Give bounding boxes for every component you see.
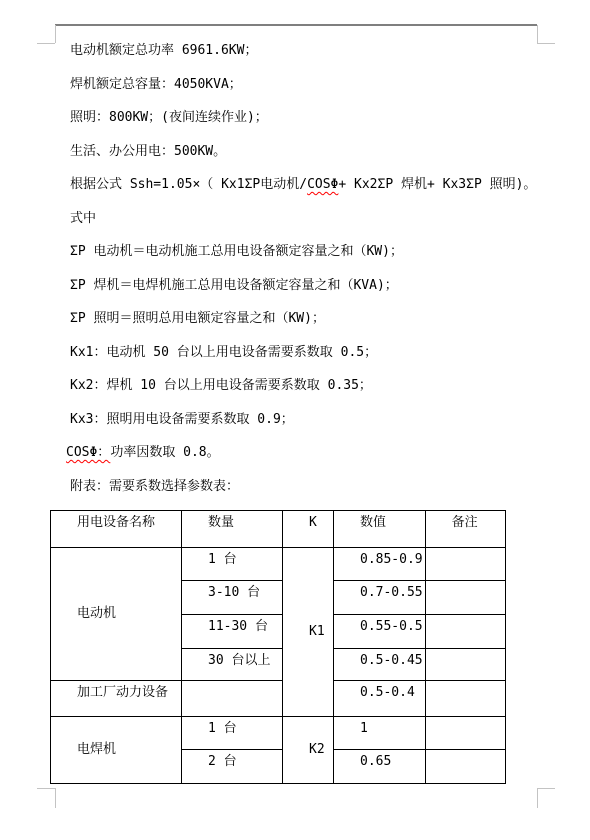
device-name-cell: 电焊机 bbox=[51, 717, 182, 784]
value-cell: 0.7-0.55 bbox=[334, 581, 426, 615]
quantity-cell: 11-30 台 bbox=[182, 615, 283, 649]
paragraph-sigma-motor: ΣP 电动机＝电动机施工总用电设备额定容量之和（KW)； bbox=[70, 235, 570, 269]
paragraph-lighting: 照明：800KW；(夜间连续作业)； bbox=[70, 101, 570, 135]
value-cell: 0.65 bbox=[334, 750, 426, 784]
crop-mark-bottom-right-icon bbox=[537, 788, 538, 808]
value-cell: 1 bbox=[334, 717, 426, 750]
value-cell: 0.5-0.4 bbox=[334, 681, 426, 717]
formula-pre-text: 根据公式 Ssh=1.05×（ Kx1ΣP电动机/ bbox=[70, 177, 307, 192]
paragraph-welder-total-capacity: 焊机额定总容量：4050KVA； bbox=[70, 68, 570, 102]
k-cell: K2 bbox=[283, 717, 334, 784]
value-cell: 0.55-0.5 bbox=[334, 615, 426, 649]
crop-mark-bottom-left-icon bbox=[37, 788, 55, 789]
note-cell bbox=[425, 750, 505, 784]
crop-mark-top-left-icon bbox=[55, 25, 56, 43]
value-cell: 0.5-0.45 bbox=[334, 649, 426, 681]
paragraph-motor-total-power: 电动机额定总功率 6961.6KW； bbox=[70, 34, 570, 68]
paragraph-sigma-welder: ΣP 焊机＝电焊机施工总用电设备额定容量之和（KVA)； bbox=[70, 269, 570, 303]
crop-mark-bottom-right-icon bbox=[537, 788, 555, 789]
column-header-quantity: 数量 bbox=[182, 511, 283, 548]
paragraph-kx2: Kx2：焊机 10 台以上用电设备需要系数取 0.35； bbox=[70, 369, 570, 403]
paragraph-sigma-lighting: ΣP 照明＝照明总用电额定容量之和（KW)； bbox=[70, 302, 570, 336]
paragraph-kx1: Kx1：电动机 50 台以上用电设备需要系数取 0.5； bbox=[70, 336, 570, 370]
crop-mark-top-left-icon bbox=[37, 43, 55, 44]
column-header-note: 备注 bbox=[425, 511, 505, 548]
column-header-k: K bbox=[283, 511, 334, 548]
paragraph-cos-phi: COSΦ：功率因数取 0.8。 bbox=[66, 436, 570, 470]
device-name-cell: 电动机 bbox=[51, 548, 182, 681]
cos-phi-term: COSΦ： bbox=[66, 445, 110, 460]
quantity-cell: 30 台以上 bbox=[182, 649, 283, 681]
column-header-value: 数值 bbox=[334, 511, 426, 548]
device-name-cell: 加工厂动力设备 bbox=[51, 681, 182, 717]
quantity-cell: 1 台 bbox=[182, 548, 283, 581]
paragraph-formula-where: 式中 bbox=[70, 202, 570, 236]
document-body: 电动机额定总功率 6961.6KW； 焊机额定总容量：4050KVA； 照明：8… bbox=[70, 34, 570, 503]
cos-phi-post-text: 功率因数取 0.8。 bbox=[110, 445, 219, 460]
table-row: 电动机 1 台 K1 0.85-0.9 bbox=[51, 548, 506, 581]
note-cell bbox=[425, 615, 505, 649]
demand-coefficient-table: 用电设备名称 数量 K 数值 备注 电动机 1 台 K1 0.85-0.9 3-… bbox=[50, 510, 506, 784]
paragraph-table-caption: 附表：需要系数选择参数表： bbox=[70, 470, 570, 504]
table-row: 加工厂动力设备 0.5-0.4 bbox=[51, 681, 506, 717]
quantity-cell bbox=[182, 681, 283, 717]
column-header-device: 用电设备名称 bbox=[51, 511, 182, 548]
k-cell: K1 bbox=[283, 548, 334, 717]
table-row: 电焊机 1 台 K2 1 bbox=[51, 717, 506, 750]
quantity-cell: 2 台 bbox=[182, 750, 283, 784]
formula-post-text: + Kx2ΣP 焊机+ Kx3ΣP 照明)。 bbox=[338, 177, 536, 192]
cos-phi-term: COSΦ bbox=[307, 177, 338, 192]
value-cell: 0.85-0.9 bbox=[334, 548, 426, 581]
note-cell bbox=[425, 548, 505, 581]
crop-mark-bottom-left-icon bbox=[55, 788, 56, 808]
note-cell bbox=[425, 581, 505, 615]
page-top-edge-line bbox=[55, 24, 537, 26]
note-cell bbox=[425, 649, 505, 681]
quantity-cell: 1 台 bbox=[182, 717, 283, 750]
note-cell bbox=[425, 681, 505, 717]
table-header-row: 用电设备名称 数量 K 数值 备注 bbox=[51, 511, 506, 548]
document-page: { "colors": { "squiggle": "#ff0000", "pa… bbox=[0, 0, 590, 840]
paragraph-living-office: 生活、办公用电：500KW。 bbox=[70, 135, 570, 169]
note-cell bbox=[425, 717, 505, 750]
paragraph-formula: 根据公式 Ssh=1.05×（ Kx1ΣP电动机/COSΦ+ Kx2ΣP 焊机+… bbox=[70, 168, 570, 202]
quantity-cell: 3-10 台 bbox=[182, 581, 283, 615]
paragraph-kx3: Kx3：照明用电设备需要系数取 0.9； bbox=[70, 403, 570, 437]
